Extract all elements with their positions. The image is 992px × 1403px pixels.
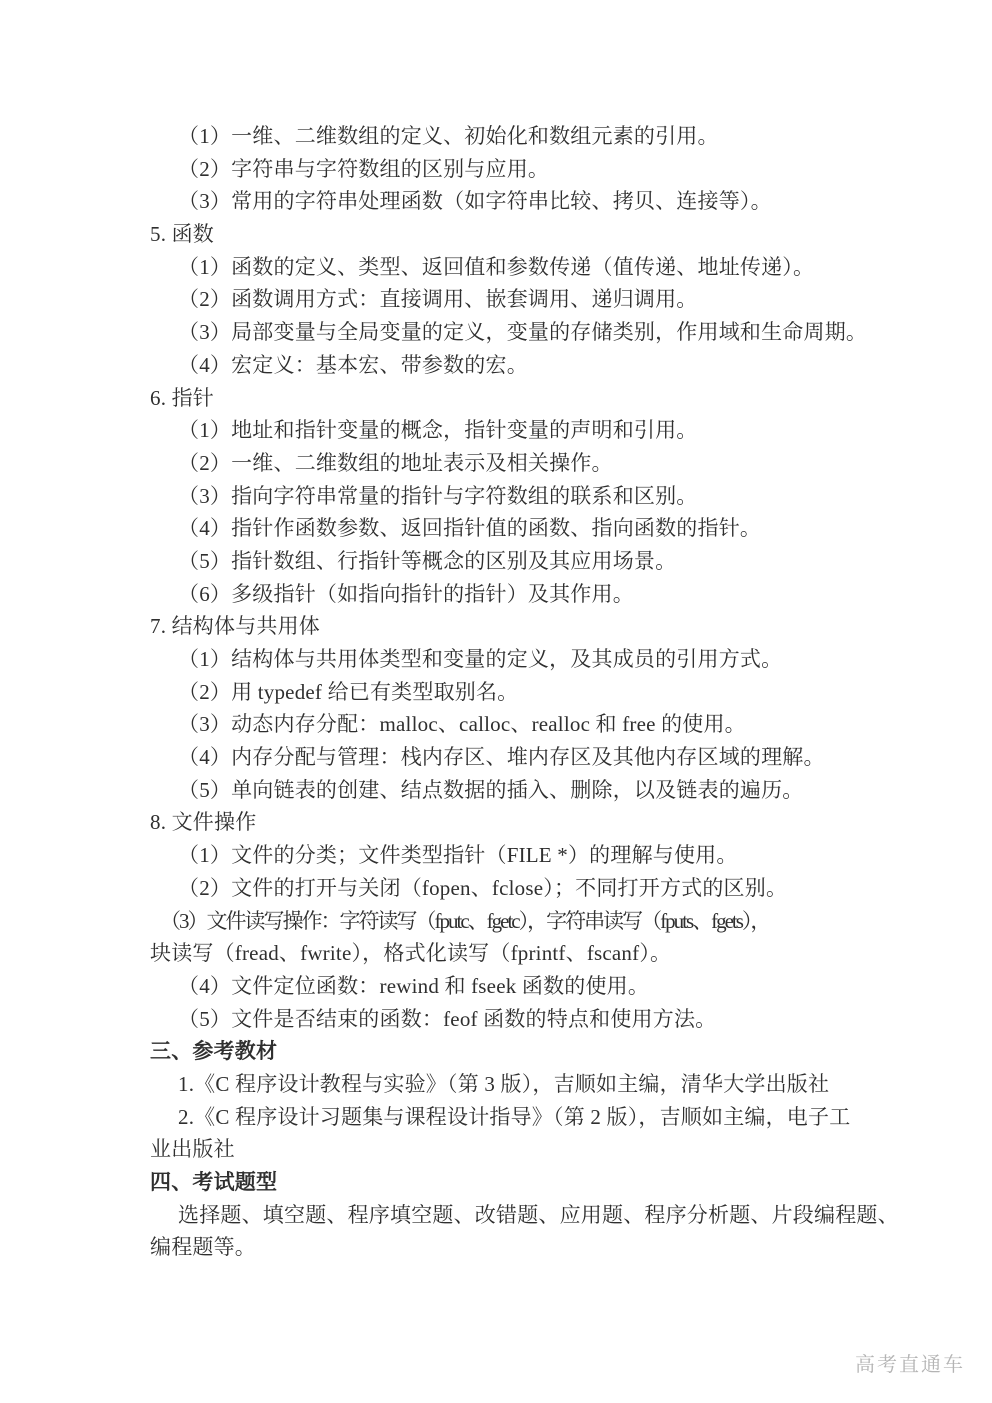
item-func-1: （1）函数的定义、类型、返回值和参数传递（值传递、地址传递）。 [150,251,910,284]
item-ptr-1: （1）地址和指针变量的概念，指针变量的声明和引用。 [150,414,910,447]
item-file-1: （1）文件的分类；文件类型指针（FILE *）的理解与使用。 [150,839,910,872]
item-func-4: （4）宏定义：基本宏、带参数的宏。 [150,349,910,382]
item-arrays-1: （1）一维、二维数组的定义、初始化和数组元素的引用。 [150,120,910,153]
item-ptr-2: （2）一维、二维数组的地址表示及相关操作。 [150,447,910,480]
item-struct-1: （1）结构体与共用体类型和变量的定义，及其成员的引用方式。 [150,643,910,676]
section-7-heading: 7. 结构体与共用体 [150,610,910,643]
watermark-text: 高考直通车 [855,1348,965,1377]
item-ptr-4: （4）指针作函数参数、返回指针值的函数、指向函数的指针。 [150,512,910,545]
section-exam-heading: 四、考试题型 [150,1166,910,1199]
item-ptr-6: （6）多级指针（如指向指针的指针）及其作用。 [150,578,910,611]
document-body: （1）一维、二维数组的定义、初始化和数组元素的引用。（2）字符串与字符数组的区别… [150,120,910,1264]
exam-types-line-2: 编程题等。 [150,1231,910,1264]
item-struct-3: （3）动态内存分配：malloc、calloc、realloc 和 free 的… [150,708,910,741]
item-struct-4: （4）内存分配与管理：栈内存区、堆内存区及其他内存区域的理解。 [150,741,910,774]
item-func-3: （3）局部变量与全局变量的定义，变量的存储类别，作用域和生命周期。 [150,316,910,349]
section-5-heading: 5. 函数 [150,218,910,251]
item-file-5: （5）文件是否结束的函数：feof 函数的特点和使用方法。 [150,1003,910,1036]
section-ref-heading: 三、参考教材 [150,1035,910,1068]
ref-book-2: 2.《C 程序设计习题集与课程设计指导》（第 2 版），吉顺如主编，电子工 [150,1101,910,1134]
section-6-heading: 6. 指针 [150,382,910,415]
item-file-4: （4）文件定位函数：rewind 和 fseek 函数的使用。 [150,970,910,1003]
ref-book-1: 1.《C 程序设计教程与实验》（第 3 版），吉顺如主编，清华大学出版社 [150,1068,910,1101]
item-ptr-3: （3）指向字符串常量的指针与字符数组的联系和区别。 [150,480,910,513]
item-arrays-2: （2）字符串与字符数组的区别与应用。 [150,153,910,186]
document-page: （1）一维、二维数组的定义、初始化和数组元素的引用。（2）字符串与字符数组的区别… [0,0,992,1403]
section-8-heading: 8. 文件操作 [150,806,910,839]
item-file-3: （3）文件读写操作：字符读写（fputc、fgetc），字符串读写（fputs、… [150,905,910,938]
ref-book-2-cont: 业出版社 [150,1133,910,1166]
item-ptr-5: （5）指针数组、行指针等概念的区别及其应用场景。 [150,545,910,578]
item-arrays-3: （3）常用的字符串处理函数（如字符串比较、拷贝、连接等）。 [150,185,910,218]
item-struct-2: （2）用 typedef 给已有类型取别名。 [150,676,910,709]
item-func-2: （2）函数调用方式：直接调用、嵌套调用、递归调用。 [150,283,910,316]
item-struct-5: （5）单向链表的创建、结点数据的插入、删除，以及链表的遍历。 [150,774,910,807]
item-file-2: （2）文件的打开与关闭（fopen、fclose）；不同打开方式的区别。 [150,872,910,905]
item-file-3-cont: 块读写（fread、fwrite），格式化读写（fprintf、fscanf）。 [150,937,910,970]
exam-types-line-1: 选择题、填空题、程序填空题、改错题、应用题、程序分析题、片段编程题、 [150,1199,910,1232]
